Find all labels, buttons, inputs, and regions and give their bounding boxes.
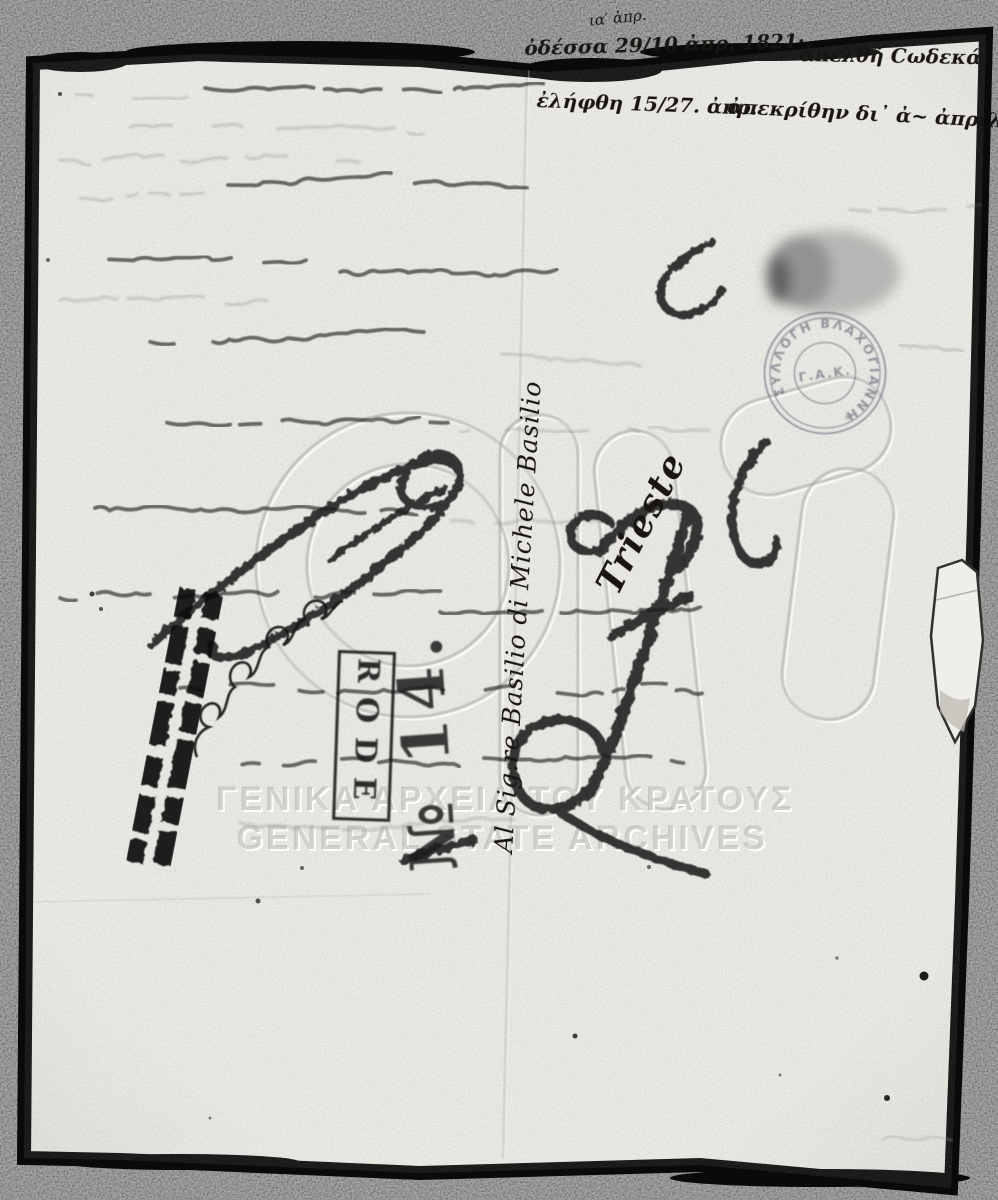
watermark-text-english: GENERAL STATE ARCHIVES xyxy=(236,819,767,857)
watermark-text-greek: ΓΕΝΙΚΑ ΑΡΧΕΙΑ ΤΟΥ ΚΡΑΤΟΥΣ xyxy=(216,780,794,818)
stamp-star: ✳ xyxy=(842,410,854,425)
archival-scan: ΓΕΝΙΚΑ ΑΡΧΕΙΑ ΤΟΥ ΚΡΑΤΟΥΣ ΓΕΝΙΚΑ ΑΡΧΕΙΑ … xyxy=(0,0,998,1200)
ink-smudge xyxy=(764,230,900,314)
scan-scene: ΓΕΝΙΚΑ ΑΡΧΕΙΑ ΤΟΥ ΚΡΑΤΟΥΣ ΓΕΝΙΚΑ ΑΡΧΕΙΑ … xyxy=(0,0,998,1200)
